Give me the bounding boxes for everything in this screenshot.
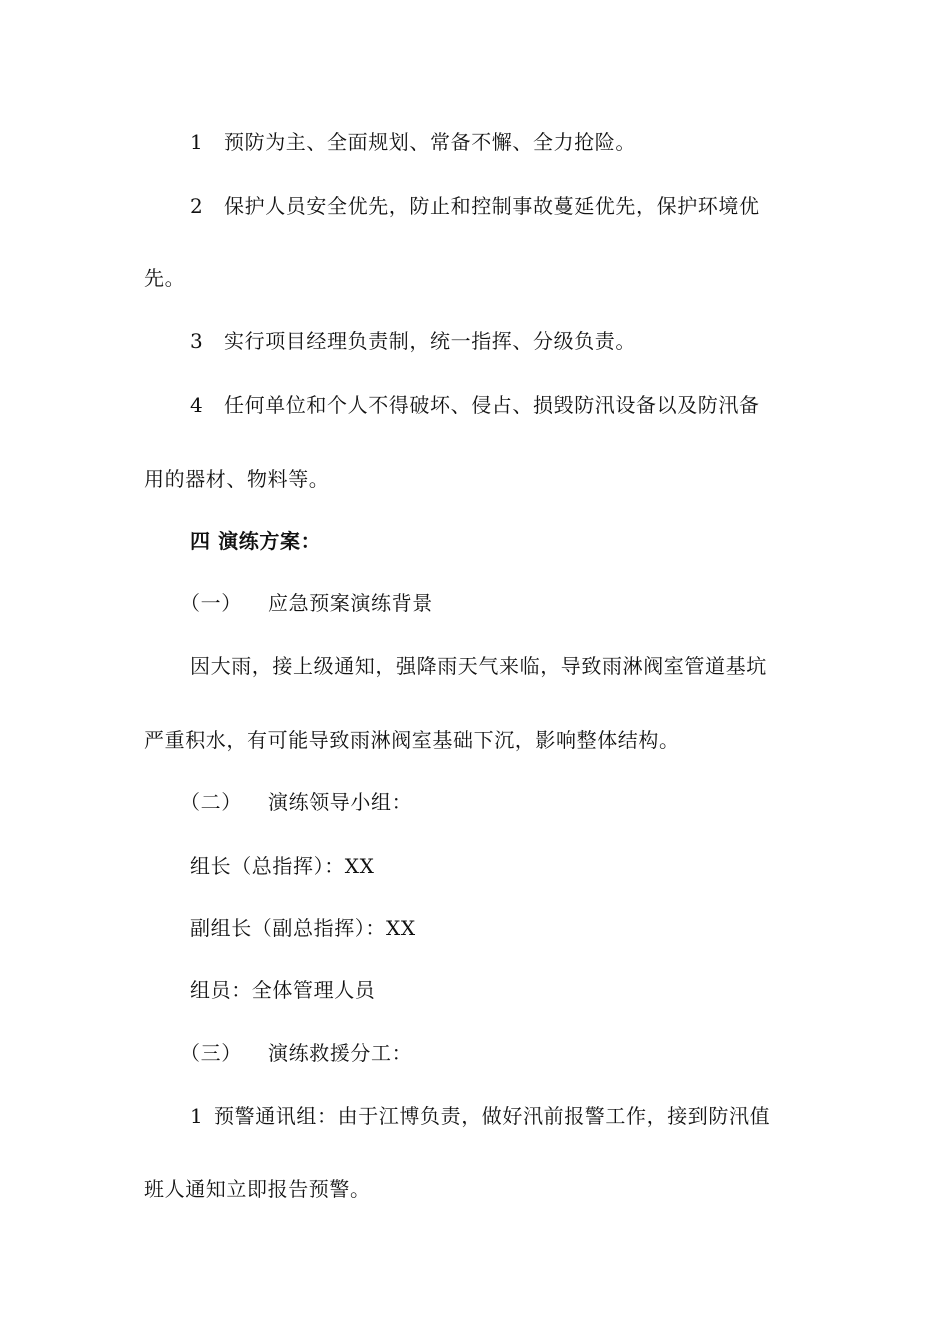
background-paragraph-line-2: 严重积水，有可能导致雨淋阀室基础下沉，影响整体结构。 [144,728,680,752]
principle-4-continuation: 用的器材、物料等。 [144,467,329,491]
list-text: 保护人员安全优先，防止和控制事故蔓延优先，保护环境优 [224,194,760,218]
duty-item-1-continuation: 班人通知立即报告预警。 [144,1177,371,1201]
subsection-3-heading: （三）演练救援分工： [180,1041,412,1065]
principle-1: 1预防为主、全面规划、常备不懈、全力抢险。 [190,130,636,154]
subsection-title: 演练领导小组： [268,790,412,814]
principle-2-continuation: 先。 [144,266,185,290]
background-paragraph-line-1: 因大雨，接上级通知，强降雨天气来临，导致雨淋阀室管道基坑 [190,654,767,678]
principle-4: 4任何单位和个人不得破坏、侵占、损毁防汛设备以及防汛备 [190,393,760,417]
principle-2: 2保护人员安全优先，防止和控制事故蔓延优先，保护环境优 [190,194,760,218]
group-members: 组员：全体管理人员 [190,978,375,1002]
list-number: 1 [190,130,224,154]
section-heading: 四 演练方案： [190,529,321,553]
subsection-label: （三） [180,1041,268,1065]
list-number: 4 [190,393,224,417]
deputy-leader: 副组长（副总指挥）：XX [190,916,416,940]
subsection-title: 演练救援分工： [268,1041,412,1065]
list-number: 3 [190,329,224,353]
subsection-1-heading: （一）应急预案演练背景 [180,591,433,615]
principle-3: 3实行项目经理负责制，统一指挥、分级负责。 [190,329,636,353]
subsection-label: （二） [180,790,268,814]
subsection-label: （一） [180,591,268,615]
group-leader: 组长（总指挥）：XX [190,854,374,878]
list-text: 预防为主、全面规划、常备不懈、全力抢险。 [224,130,636,154]
duty-item-1: 1预警通讯组：由于江博负责，做好汛前报警工作，接到防汛值 [190,1104,770,1128]
list-text: 预警通讯组：由于江博负责，做好汛前报警工作，接到防汛值 [214,1104,770,1128]
subsection-2-heading: （二）演练领导小组： [180,790,412,814]
subsection-title: 应急预案演练背景 [268,591,433,615]
list-number: 1 [190,1104,214,1128]
list-number: 2 [190,194,224,218]
list-text: 任何单位和个人不得破坏、侵占、损毁防汛设备以及防汛备 [224,393,760,417]
list-text: 实行项目经理负责制，统一指挥、分级负责。 [224,329,636,353]
